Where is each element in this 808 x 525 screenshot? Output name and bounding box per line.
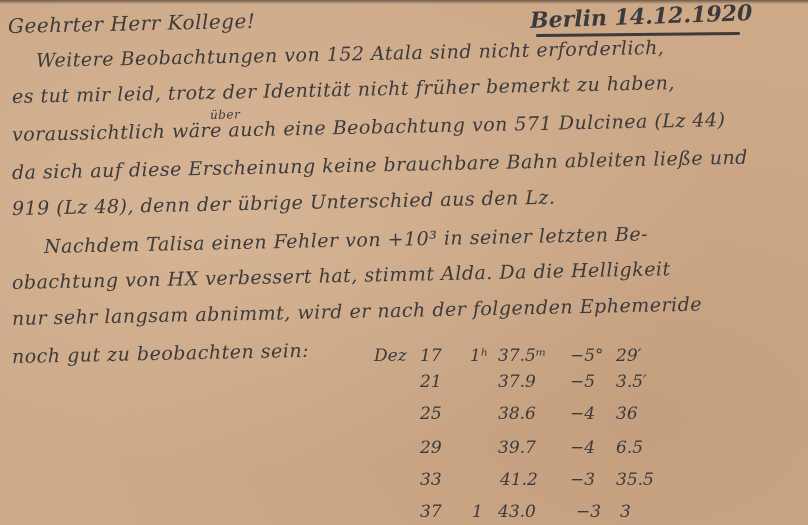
postcard: Berlin 14.12.1920 Geehrter Herr Kollege!… (0, 0, 808, 525)
ephemeris-dec-min: 3.5′ (616, 372, 676, 392)
ephemeris-day: 21 (420, 372, 480, 392)
body-line-9: noch gut zu beobachten sein: (12, 340, 309, 368)
ephemeris-ra: 39.7 (498, 438, 568, 458)
body-line-1: Weitere Beobachtungen von 152 Atala sind… (36, 37, 665, 72)
ephemeris-dec-deg: −5 (570, 372, 610, 392)
ephemeris-ra: 38.6 (498, 404, 568, 424)
date-underline (536, 32, 740, 37)
ephemeris-dec-min: 3 (620, 502, 680, 522)
body-line-5: 919 (Lz 48), denn der übrige Unterschied… (12, 187, 556, 220)
ephemeris-day: 33 (420, 470, 480, 490)
ephemeris-dec-min: 6.5 (616, 438, 676, 458)
ephemeris-dec-deg: −3 (576, 502, 616, 522)
ephemeris-ra: 43.0 (498, 502, 568, 522)
ephemeris-ra: 37.5ᵐ (498, 346, 568, 366)
ephemeris-dec-deg: −3 (570, 470, 610, 490)
ephemeris-day: 29 (420, 438, 480, 458)
ephemeris-hour: 1 (472, 502, 492, 522)
ephemeris-dec-deg: −4 (570, 404, 610, 424)
ephemeris-ra: 41.2 (500, 470, 570, 490)
place-date: Berlin 14.12.1920 (530, 0, 753, 34)
ephemeris-dec-deg: −5° (570, 346, 610, 366)
ephemeris-dec-deg: −4 (570, 438, 610, 458)
ephemeris-day: 37 (420, 502, 480, 522)
body-line-3: voraussichtlich wäre auch eine Beobachtu… (12, 109, 726, 146)
ephemeris-day: 25 (420, 404, 480, 424)
body-line-8: nur sehr langsam abnimmt, wird er nach d… (12, 294, 702, 330)
ephemeris-hour: 1ʰ (470, 346, 490, 366)
ephemeris-dec-min: 35.5 (616, 470, 676, 490)
body-line-6: Nachdem Talisa einen Fehler von +10³ in … (44, 223, 649, 258)
ephemeris-dec-min: 36 (616, 404, 676, 424)
ephemeris-dec-min: 29′ (616, 346, 676, 366)
body-line-7: obachtung von HX verbessert hat, stimmt … (12, 258, 671, 294)
ephemeris-ra: 37.9 (498, 372, 568, 392)
salutation: Geehrter Herr Kollege! (8, 9, 256, 38)
body-line-2: es tut mir leid, trotz der Identität nic… (12, 72, 675, 108)
ephemeris-month-label: Dez (374, 346, 407, 366)
body-line-4: da sich auf diese Erscheinung keine brau… (12, 147, 748, 184)
